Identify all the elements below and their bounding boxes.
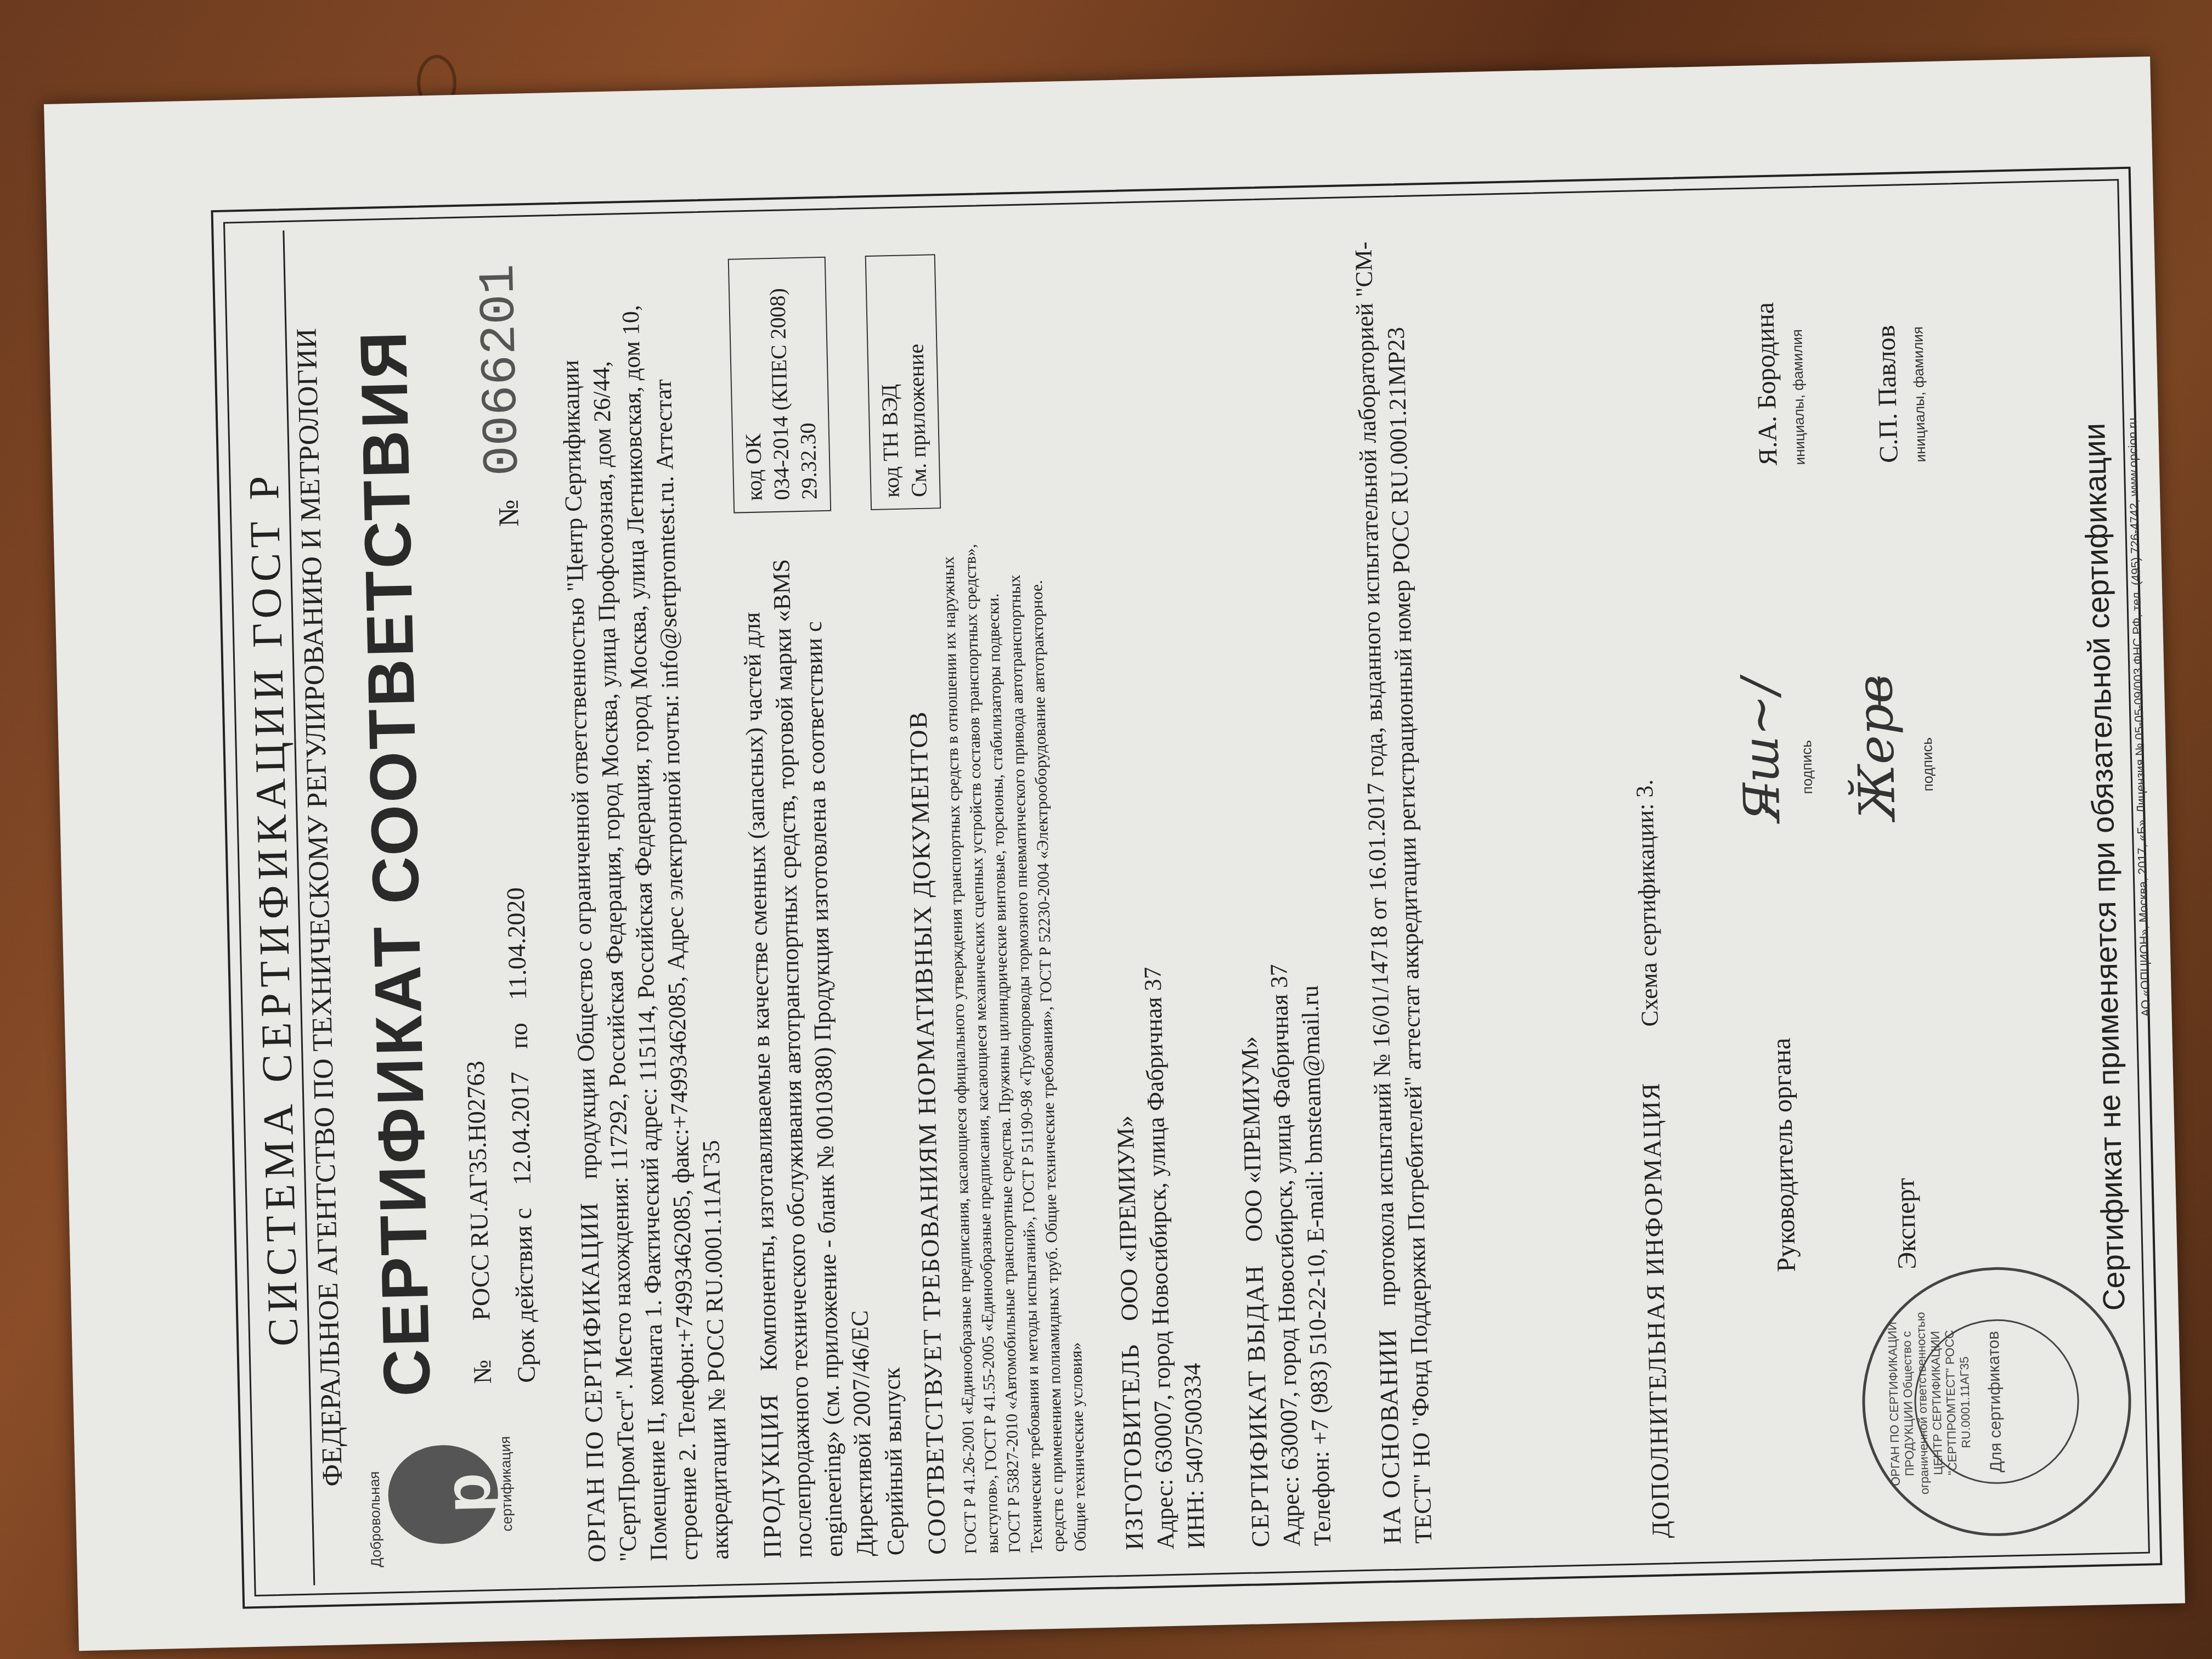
issued-label: СЕРТИФИКАТ ВЫДАН — [1240, 1264, 1275, 1548]
expert-name-caption: инициалы, фамилия — [1909, 326, 1929, 462]
logo-top-caption: Добровольная — [366, 1471, 385, 1567]
code-tnved-box: код ТН ВЭД См. приложение — [865, 254, 941, 510]
serial-digits: 0066201 — [470, 263, 533, 477]
additional-text: Схема сертификации: 3. — [1631, 779, 1663, 1027]
basis-label: НА ОСНОВАНИИ — [1373, 1328, 1406, 1545]
organ-label: ОРГАН ПО СЕРТИФИКАЦИИ — [575, 1201, 611, 1563]
code-ok-value: 034-2014 (КПЕС 2008) 29.32.30 — [763, 269, 823, 500]
expert-signature-icon: Ӂерв̶ — [1846, 674, 1906, 821]
expert-label: Эксперт — [1891, 1177, 1922, 1269]
code-ok-box: код ОК 034-2014 (КПЕС 2008) 29.32.30 — [728, 257, 831, 513]
product-section: ПРОДУКЦИЯ Компоненты, изготавливаемые в … — [734, 535, 911, 1559]
valid-label: Срок действия с — [509, 1207, 540, 1383]
head-sign-caption: подпись — [1798, 740, 1816, 794]
expert-name: С.П. Павлов — [1871, 325, 1904, 463]
serial-label: № — [493, 499, 525, 527]
manufacturer-label: ИЗГОТОВИТЕЛЬ — [1116, 1343, 1149, 1550]
head-name-caption: инициалы, фамилия — [1788, 329, 1809, 465]
standards-text: ГОСТ Р 41.26-2001 «Единообразные предпис… — [937, 531, 1092, 1554]
certificate: СИСТЕМА СЕРТИФИКАЦИИ ГОСТ Р ФЕДЕРАЛЬНОЕ … — [211, 167, 2162, 1609]
head-label: Руководитель органа — [1767, 1037, 1801, 1272]
reg-label: № — [468, 1359, 496, 1384]
serial-number: № 0066201 — [470, 263, 534, 527]
valid-to-label: по — [504, 1023, 533, 1049]
valid-from: 12.04.2017 — [505, 1071, 536, 1186]
expert-sign-caption: подпись — [1918, 737, 1937, 792]
code-tnved-value: См. приложение — [900, 267, 933, 498]
manufacturer-name: ООО «ПРЕМИУМ» — [1111, 1115, 1143, 1322]
issued-name: ООО «ПРЕМИУМ» — [1236, 1036, 1267, 1243]
stamp-outer-text: ОРГАН ПО СЕРТИФИКАЦИИ ПРОДУКЦИИ Общество… — [1884, 1271, 1976, 1536]
logo-letter: р — [429, 1472, 506, 1514]
organ-section: ОРГАН ПО СЕРТИФИКАЦИИ продукции Общество… — [552, 249, 736, 1563]
certificate-paper: СИСТЕМА СЕРТИФИКАЦИИ ГОСТ Р ФЕДЕРАЛЬНОЕ … — [44, 57, 2185, 1651]
reg-number: РОСС RU.АГ35.Н02763 — [461, 1060, 495, 1321]
head-name: Я.А. Бородина — [1750, 302, 1784, 466]
stamp-center-text: Для сертификатов — [1983, 1270, 2007, 1534]
head-signature-icon: Я̶ш~/ — [1731, 677, 1792, 823]
valid-to: 11.04.2020 — [501, 887, 532, 1000]
product-label: ПРОДУКЦИЯ — [755, 1393, 787, 1559]
pc-plus-logo-icon: р Добровольная сертификация — [365, 1421, 511, 1567]
logo-bottom-caption: сертификация — [496, 1436, 516, 1532]
